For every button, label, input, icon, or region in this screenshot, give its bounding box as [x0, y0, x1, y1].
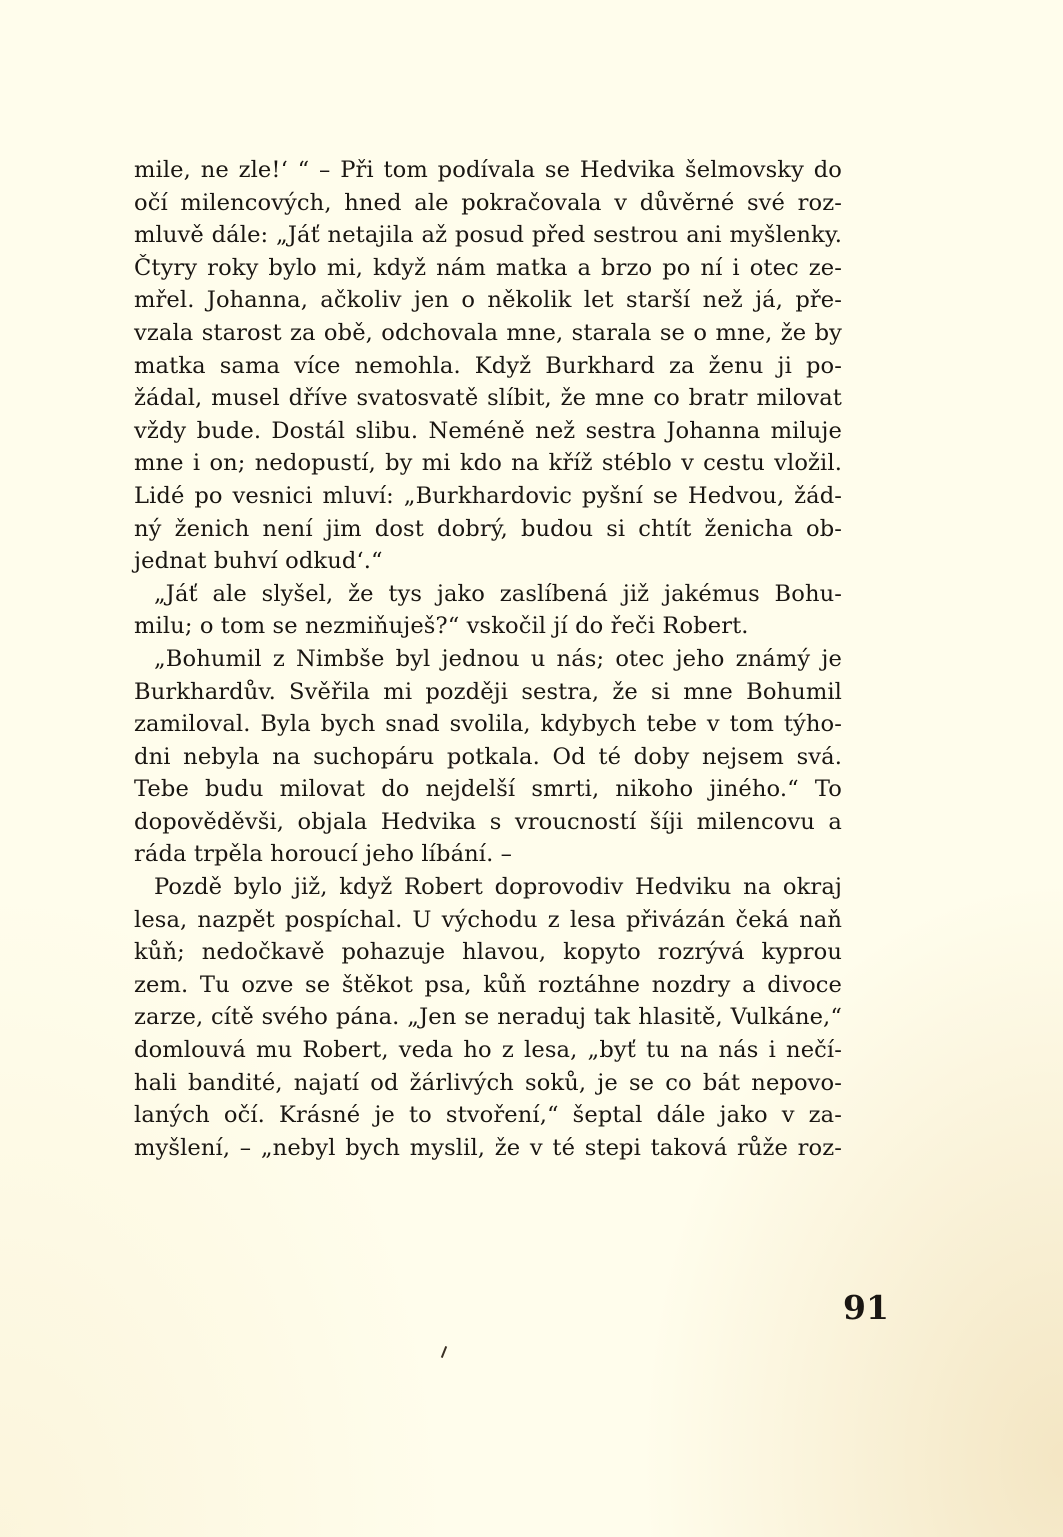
- paragraph-start-line: Pozdě bylo již, když Robert doprovodiv H…: [134, 871, 842, 904]
- text-line: mřel. Johanna, ačkoliv jen o několik let…: [134, 284, 842, 317]
- paragraph-end-line: jednat buhví odkud‘.“: [134, 545, 842, 578]
- text-line: vzala starost za obě, odchovala mne, sta…: [134, 317, 842, 350]
- text-line: mne i on; nedopustí, by mi kdo na kříž s…: [134, 447, 842, 480]
- text-line: mile, ne zle!‘ “ – Při tom podívala se H…: [134, 154, 842, 187]
- text-line: laných očí. Krásné je to stvoření,“ šept…: [134, 1099, 842, 1132]
- text-line: žádal, musel dříve svatosvatě slíbit, že…: [134, 382, 842, 415]
- text-line: Burkhardův. Svěřila mi později sestra, ž…: [134, 676, 842, 709]
- text-line: vždy bude. Dostál slibu. Neméně než sest…: [134, 415, 842, 448]
- text-line: dni nebyla na suchopáru potkala. Od té d…: [134, 741, 842, 774]
- paragraph-end-line: ráda trpěla horoucí jeho líbání. –: [134, 838, 842, 871]
- text-line: kůň; nedočkavě pohazuje hlavou, kopyto r…: [134, 936, 842, 969]
- text-line: Tebe budu milovat do nejdelší smrti, nik…: [134, 773, 842, 806]
- text-line: Lidé po vesnici mluví: „Burkhardovic pyš…: [134, 480, 842, 513]
- paragraph-start-line: „Bohumil z Nimbše byl jednou u nás; otec…: [134, 643, 842, 676]
- text-line: očí milencových, hned ale pokračovala v …: [134, 187, 842, 220]
- paragraph-start-line: „Jáť ale slyšel, že tys jako zaslíbená j…: [134, 578, 842, 611]
- stray-ink-mark: [441, 1346, 447, 1358]
- text-line: myšlení, – „nebyl bych myslil, že v té s…: [134, 1132, 842, 1165]
- text-line: dopověděvši, objala Hedvika s vroucností…: [134, 806, 842, 839]
- text-line: zarze, cítě svého pána. „Jen se neraduj …: [134, 1001, 842, 1034]
- text-line: zamiloval. Byla bych snad svolila, kdyby…: [134, 708, 842, 741]
- body-text: mile, ne zle!‘ “ – Při tom podívala se H…: [134, 154, 842, 1164]
- paragraph-end-line: milu; o tom se nezmiňuješ?“ vskočil jí d…: [134, 610, 842, 643]
- text-line: hali bandité, najatí od žárlivých soků, …: [134, 1067, 842, 1100]
- text-line: ný ženich není jim dost dobrý, budou si …: [134, 513, 842, 546]
- page-number: 91: [843, 1288, 889, 1327]
- book-page: mile, ne zle!‘ “ – Při tom podívala se H…: [0, 0, 1063, 1537]
- text-line: domlouvá mu Robert, veda ho z lesa, „byť…: [134, 1034, 842, 1067]
- text-line: matka sama více nemohla. Když Burkhard z…: [134, 350, 842, 383]
- text-line: Čtyry roky bylo mi, když nám matka a brz…: [134, 252, 842, 285]
- text-line: lesa, nazpět pospíchal. U východu z lesa…: [134, 904, 842, 937]
- text-line: zem. Tu ozve se štěkot psa, kůň roztáhne…: [134, 969, 842, 1002]
- text-line: mluvě dále: „Jáť netajila až posud před …: [134, 219, 842, 252]
